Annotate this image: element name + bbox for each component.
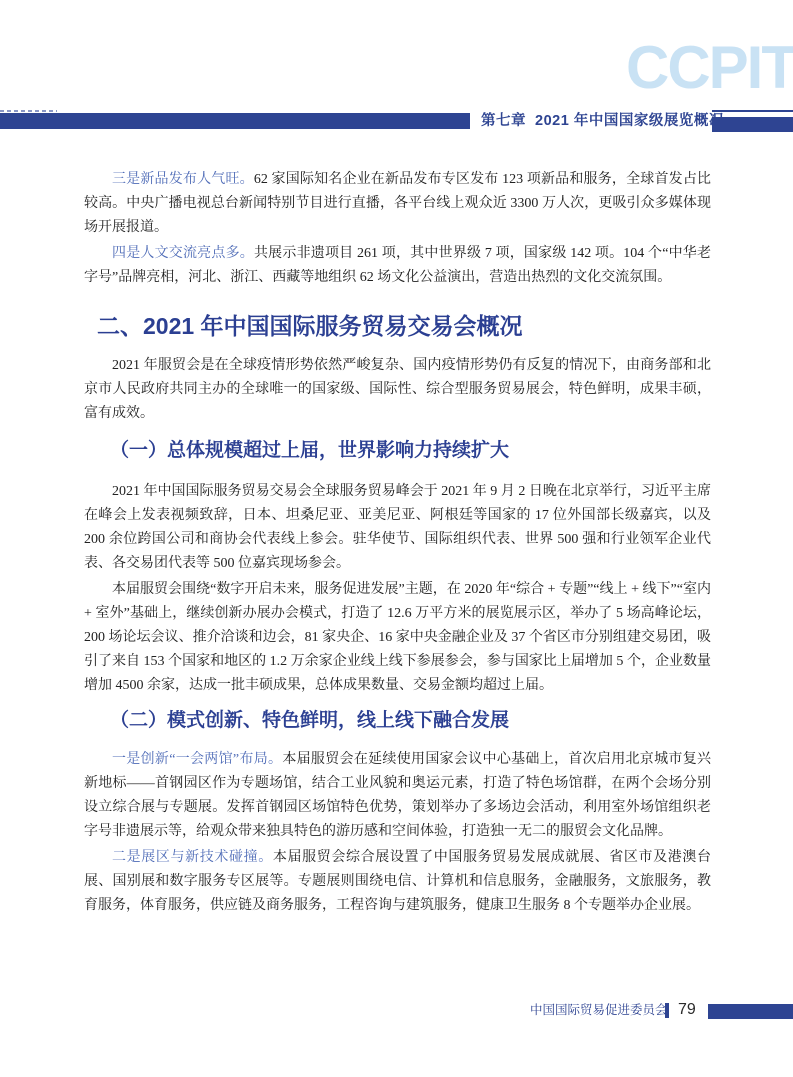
paragraph-intro: 2021 年服贸会是在全球疫情形势依然严峻复杂、国内疫情形势仍有反复的情况下，由… (84, 354, 711, 426)
document-page: CCPIT 第七章 2021 年中国国家级展览概况 三是新品发布人气旺。62 家… (0, 0, 793, 1077)
page-content: 三是新品发布人气旺。62 家国际知名企业在新品发布专区发布 123 项新品和服务… (84, 168, 711, 920)
chapter-title: 第七章 2021 年中国国家级展览概况 (481, 111, 711, 131)
paragraph-lead-highlight: 三是新品发布人气旺。 (112, 172, 254, 187)
section-heading: 二、2021 年中国国际服务贸易交易会概况 (84, 310, 711, 342)
paragraph-scale: 本届服贸会围绕“数字开启未来，服务促进发展”主题，在 2020 年“综合 + 专… (84, 578, 711, 698)
subsection-heading-1: （一）总体规模超过上届，世界影响力持续扩大 (84, 438, 711, 464)
paragraph-exhibition-zones: 二是展区与新技术碰撞。本届服贸会综合展设置了中国服务贸易发展成就展、省区市及港澳… (84, 846, 711, 918)
paragraph-summit: 2021 年中国国际服务贸易交易会全球服务贸易峰会于 2021 年 9 月 2 … (84, 480, 711, 576)
footer-organization: 中国国际贸易促进委员会 (530, 1003, 668, 1018)
ccpit-logo: CCPIT (626, 38, 793, 98)
footer-divider-bar (665, 1003, 669, 1018)
header-dashed-accent (0, 110, 57, 112)
page-number: 79 (678, 1000, 696, 1020)
footer-bar-right (708, 1004, 793, 1019)
paragraph-lead-highlight: 四是人文交流亮点多。 (112, 246, 254, 261)
paragraph-cultural-exchange: 四是人文交流亮点多。共展示非遗项目 261 项，其中世界级 7 项，国家级 14… (84, 242, 711, 290)
paragraph-lead-highlight: 二是展区与新技术碰撞。 (112, 850, 273, 865)
paragraph-new-products: 三是新品发布人气旺。62 家国际知名企业在新品发布专区发布 123 项新品和服务… (84, 168, 711, 240)
header-bar-left (0, 113, 470, 129)
page-footer: 中国国际贸易促进委员会 79 (0, 1000, 793, 1022)
paragraph-lead-highlight: 一是创新“一会两馆”布局。 (112, 752, 282, 767)
paragraph-two-venues: 一是创新“一会两馆”布局。本届服贸会在延续使用国家会议中心基础上，首次启用北京城… (84, 748, 711, 844)
subsection-heading-2: （二）模式创新、特色鲜明，线上线下融合发展 (84, 708, 711, 734)
header-bar-right (712, 117, 793, 132)
logo-underline-rule (712, 110, 793, 112)
